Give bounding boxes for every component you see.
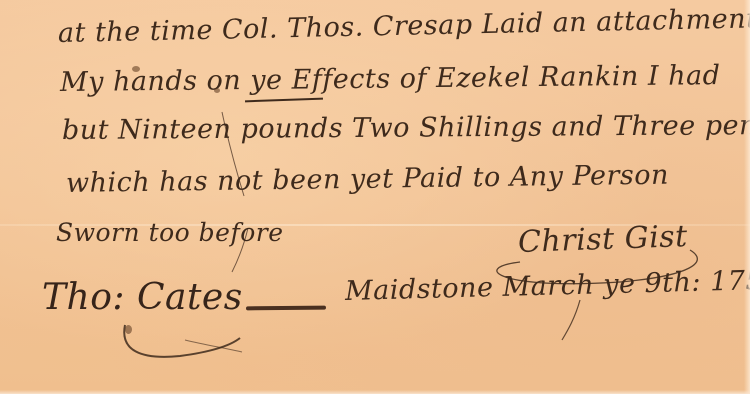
paper-edge-right: [744, 0, 750, 394]
pen-flourishes: [0, 0, 750, 394]
document-page: at the time Col. Thos. Cresap Laid an at…: [0, 0, 750, 394]
paper-edge-bottom: [0, 390, 750, 394]
